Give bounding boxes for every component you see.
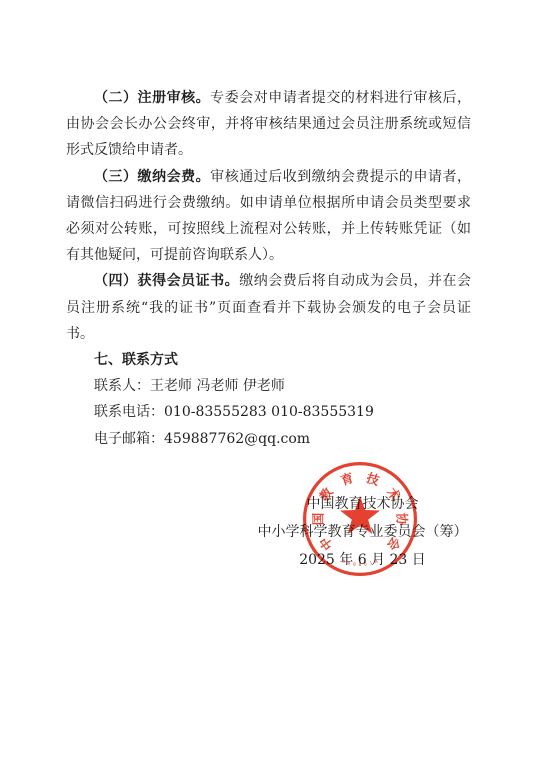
seal-code-digit: 0 xyxy=(353,562,357,568)
seal-svg: 中国教育技术协会0000618 xyxy=(295,454,425,584)
seal-ring-text-char: 会 xyxy=(384,534,404,553)
paragraph-register-review: （二）注册审核。专委会对申请者提交的材料进行审核后，由协会会长办公会终审，并将审… xyxy=(66,85,471,164)
seal-code-digit: 0 xyxy=(347,560,351,567)
document-page: （二）注册审核。专委会对申请者提交的材料进行审核后，由协会会长办公会终审，并将审… xyxy=(0,0,534,762)
contact-label: 联系电话： xyxy=(94,404,164,420)
seal-ring-text-char: 中 xyxy=(316,534,336,553)
seal-ring-text-char: 国 xyxy=(311,512,326,525)
contact-value: 010-83555283 010-83555319 xyxy=(164,404,374,420)
document-body: （二）注册审核。专委会对申请者提交的材料进行审核后，由协会会长办公会终审，并将审… xyxy=(66,85,471,452)
seal-code-digit: 0 xyxy=(341,559,346,566)
seal-ring-text-char: 教 xyxy=(316,484,336,504)
seal-code-digit: 8 xyxy=(374,559,379,566)
seal-code-digit: 0 xyxy=(359,562,362,568)
contact-email-line: 电子邮箱：459887762@qq.com xyxy=(66,426,471,452)
paragraph-pay-fee: （三）缴纳会费。审核通过后收到缴纳会费提示的申请者，请微信扫码进行会费缴纳。如申… xyxy=(66,164,471,269)
seal-ring-text-char: 技 xyxy=(364,470,382,489)
seal-ring-text-char: 术 xyxy=(384,484,404,504)
section-heading-contact: 七、联系方式 xyxy=(66,347,471,373)
paragraph-lead: （三）缴纳会费。 xyxy=(94,169,210,185)
seal-ring-text-char: 协 xyxy=(395,513,410,526)
paragraph-get-certificate: （四）获得会员证书。缴纳会费后将自动成为会员，并在会员注册系统“我的证书”页面查… xyxy=(66,268,471,347)
contact-value: 王老师 冯老师 伊老师 xyxy=(150,378,285,394)
seal-ring-text-char: 育 xyxy=(339,470,356,488)
contact-label: 电子邮箱： xyxy=(94,431,164,447)
paragraph-lead: （二）注册审核。 xyxy=(94,90,210,106)
seal-code-digit: 1 xyxy=(369,560,373,567)
contact-person-line: 联系人：王老师 冯老师 伊老师 xyxy=(66,373,471,399)
contact-value: 459887762@qq.com xyxy=(164,431,310,447)
seal-star-icon xyxy=(340,496,380,534)
paragraph-lead: （四）获得会员证书。 xyxy=(94,273,239,289)
seal-code-digit: 6 xyxy=(364,561,368,567)
contact-label: 联系人： xyxy=(94,378,150,394)
contact-phone-line: 联系电话：010-83555283 010-83555319 xyxy=(66,399,471,425)
